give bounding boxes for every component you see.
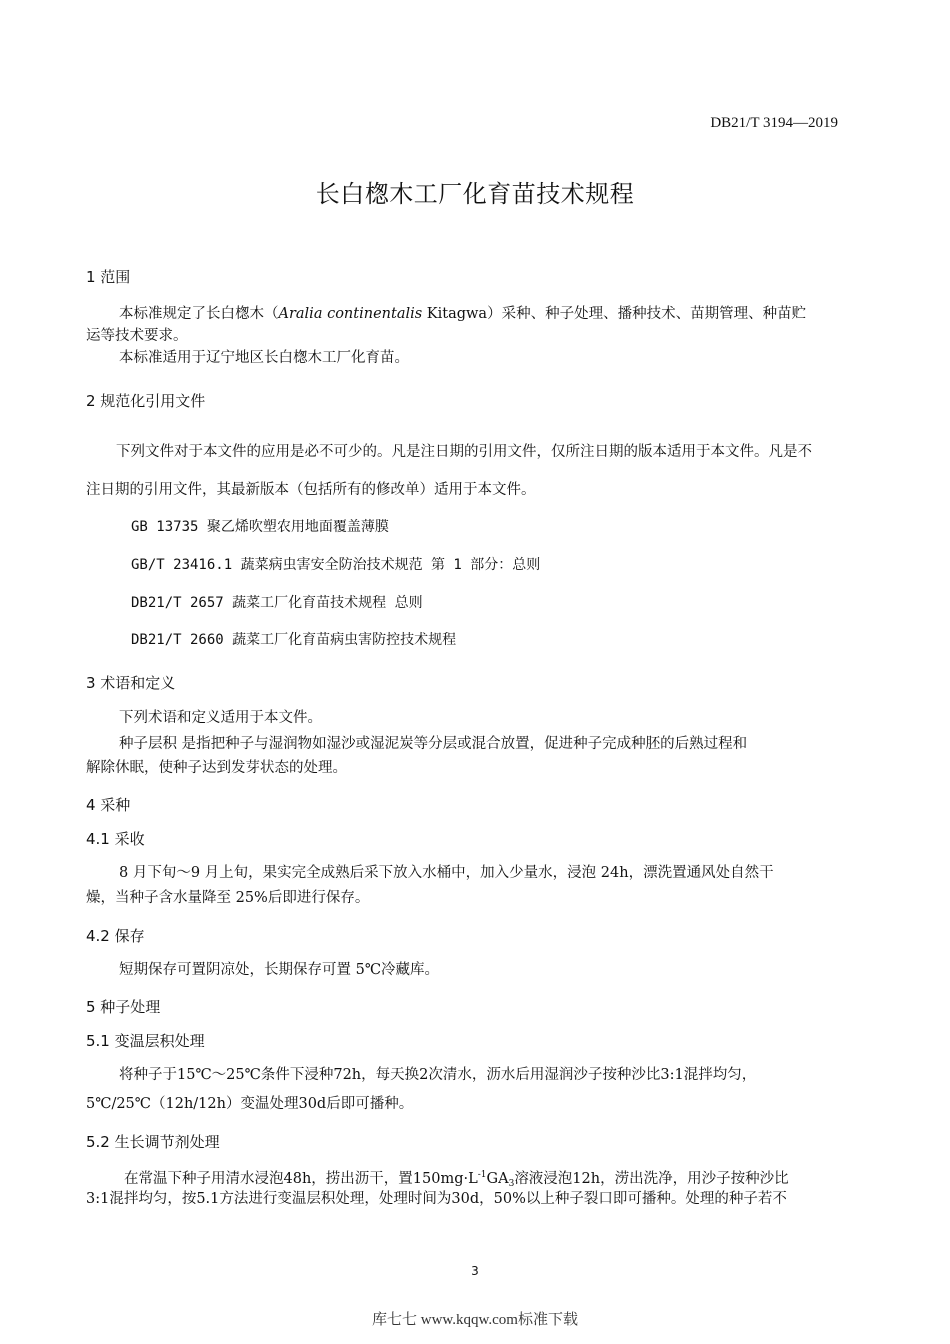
section-4-1-line-1: 8 月下旬～9 月上旬，果实完全成熟后采下放入水桶中，加入少量水，浸泡 24h，… [119,862,774,884]
section-5-2-heading: 5.2 生长调节剂处理 [86,1131,220,1152]
section-2-paragraph-line-2: 注日期的引用文件，其最新版本（包括所有的修改单）适用于本文件。 [86,479,536,501]
reference-item: GB 13735 聚乙烯吹塑农用地面覆盖薄膜 [131,516,389,536]
reference-item: GB/T 23416.1 蔬菜病虫害安全防治技术规范 第 1 部分：总则 [131,554,540,574]
text-fragment: GA [487,1171,509,1187]
section-2-heading: 2 规范化引用文件 [86,390,205,411]
section-3-heading: 3 术语和定义 [86,672,175,693]
text-fragment: 本标准规定了长白楤木（ [119,306,279,322]
section-3-paragraph-1: 下列术语和定义适用于本文件。 [119,707,322,729]
section-1-paragraph-2: 本标准适用于辽宁地区长白楤木工厂化育苗。 [119,347,409,369]
section-1-paragraph-1-line-2: 运等技术要求。 [86,325,188,347]
species-name: Aralia continentalis [279,306,423,322]
section-5-2-line-2: 3:1混拌均匀，按5.1方法进行变温层积处理，处理时间为30d，50%以上种子裂… [86,1188,787,1210]
text-fragment: 溶液浸泡12h，涝出洗净，用沙子按种沙比 [514,1171,788,1187]
section-4-1-heading: 4.1 采收 [86,828,145,849]
section-5-1-heading: 5.1 变温层积处理 [86,1030,205,1051]
section-4-heading: 4 采种 [86,794,130,815]
watermark: 库七七 www.kqqw.com标准下载 [0,1308,950,1329]
section-3-definition-line-2: 解除休眠，使种子达到发芽状态的处理。 [86,757,347,779]
section-4-1-line-2: 燥，当种子含水量降至 25%后即进行保存。 [86,887,369,909]
section-4-2-line-1: 短期保存可置阴凉处，长期保存可置 5℃冷藏库。 [119,959,439,981]
page-number: 3 [0,1264,950,1278]
section-1-heading: 1 范围 [86,266,130,287]
superscript: -1 [478,1170,487,1180]
section-5-heading: 5 种子处理 [86,996,160,1017]
section-4-2-heading: 4.2 保存 [86,925,145,946]
section-5-1-line-2: 5℃/25℃（12h/12h）变温处理30d后即可播种。 [86,1093,413,1115]
section-1-paragraph-1-line-1: 本标准规定了长白楤木（Aralia continentalis Kitagwa）… [119,303,806,325]
text-fragment: 在常温下种子用清水浸泡48h，捞出沥干，置150mg·L [124,1171,478,1187]
text-fragment: Kitagwa）采种、种子处理、播种技术、苗期管理、种苗贮 [422,306,806,322]
section-3-definition-line-1: 种子层积 是指把种子与湿润物如湿沙或湿泥炭等分层或混合放置，促进种子完成种胚的后… [119,733,747,755]
section-5-1-line-1: 将种子于15℃～25℃条件下浸种72h，每天换2次清水，沥水后用湿润沙子按种沙比… [119,1064,756,1086]
standard-code: DB21/T 3194—2019 [710,115,838,132]
reference-item: DB21/T 2660 蔬菜工厂化育苗病虫害防控技术规程 [131,629,456,649]
section-2-paragraph-line-1: 下列文件对于本文件的应用是必不可少的。凡是注日期的引用文件，仅所注日期的版本适用… [116,441,812,463]
reference-item: DB21/T 2657 蔬菜工厂化育苗技术规程 总则 [131,592,423,612]
document-title: 长白楤木工厂化育苗技术规程 [0,174,950,209]
